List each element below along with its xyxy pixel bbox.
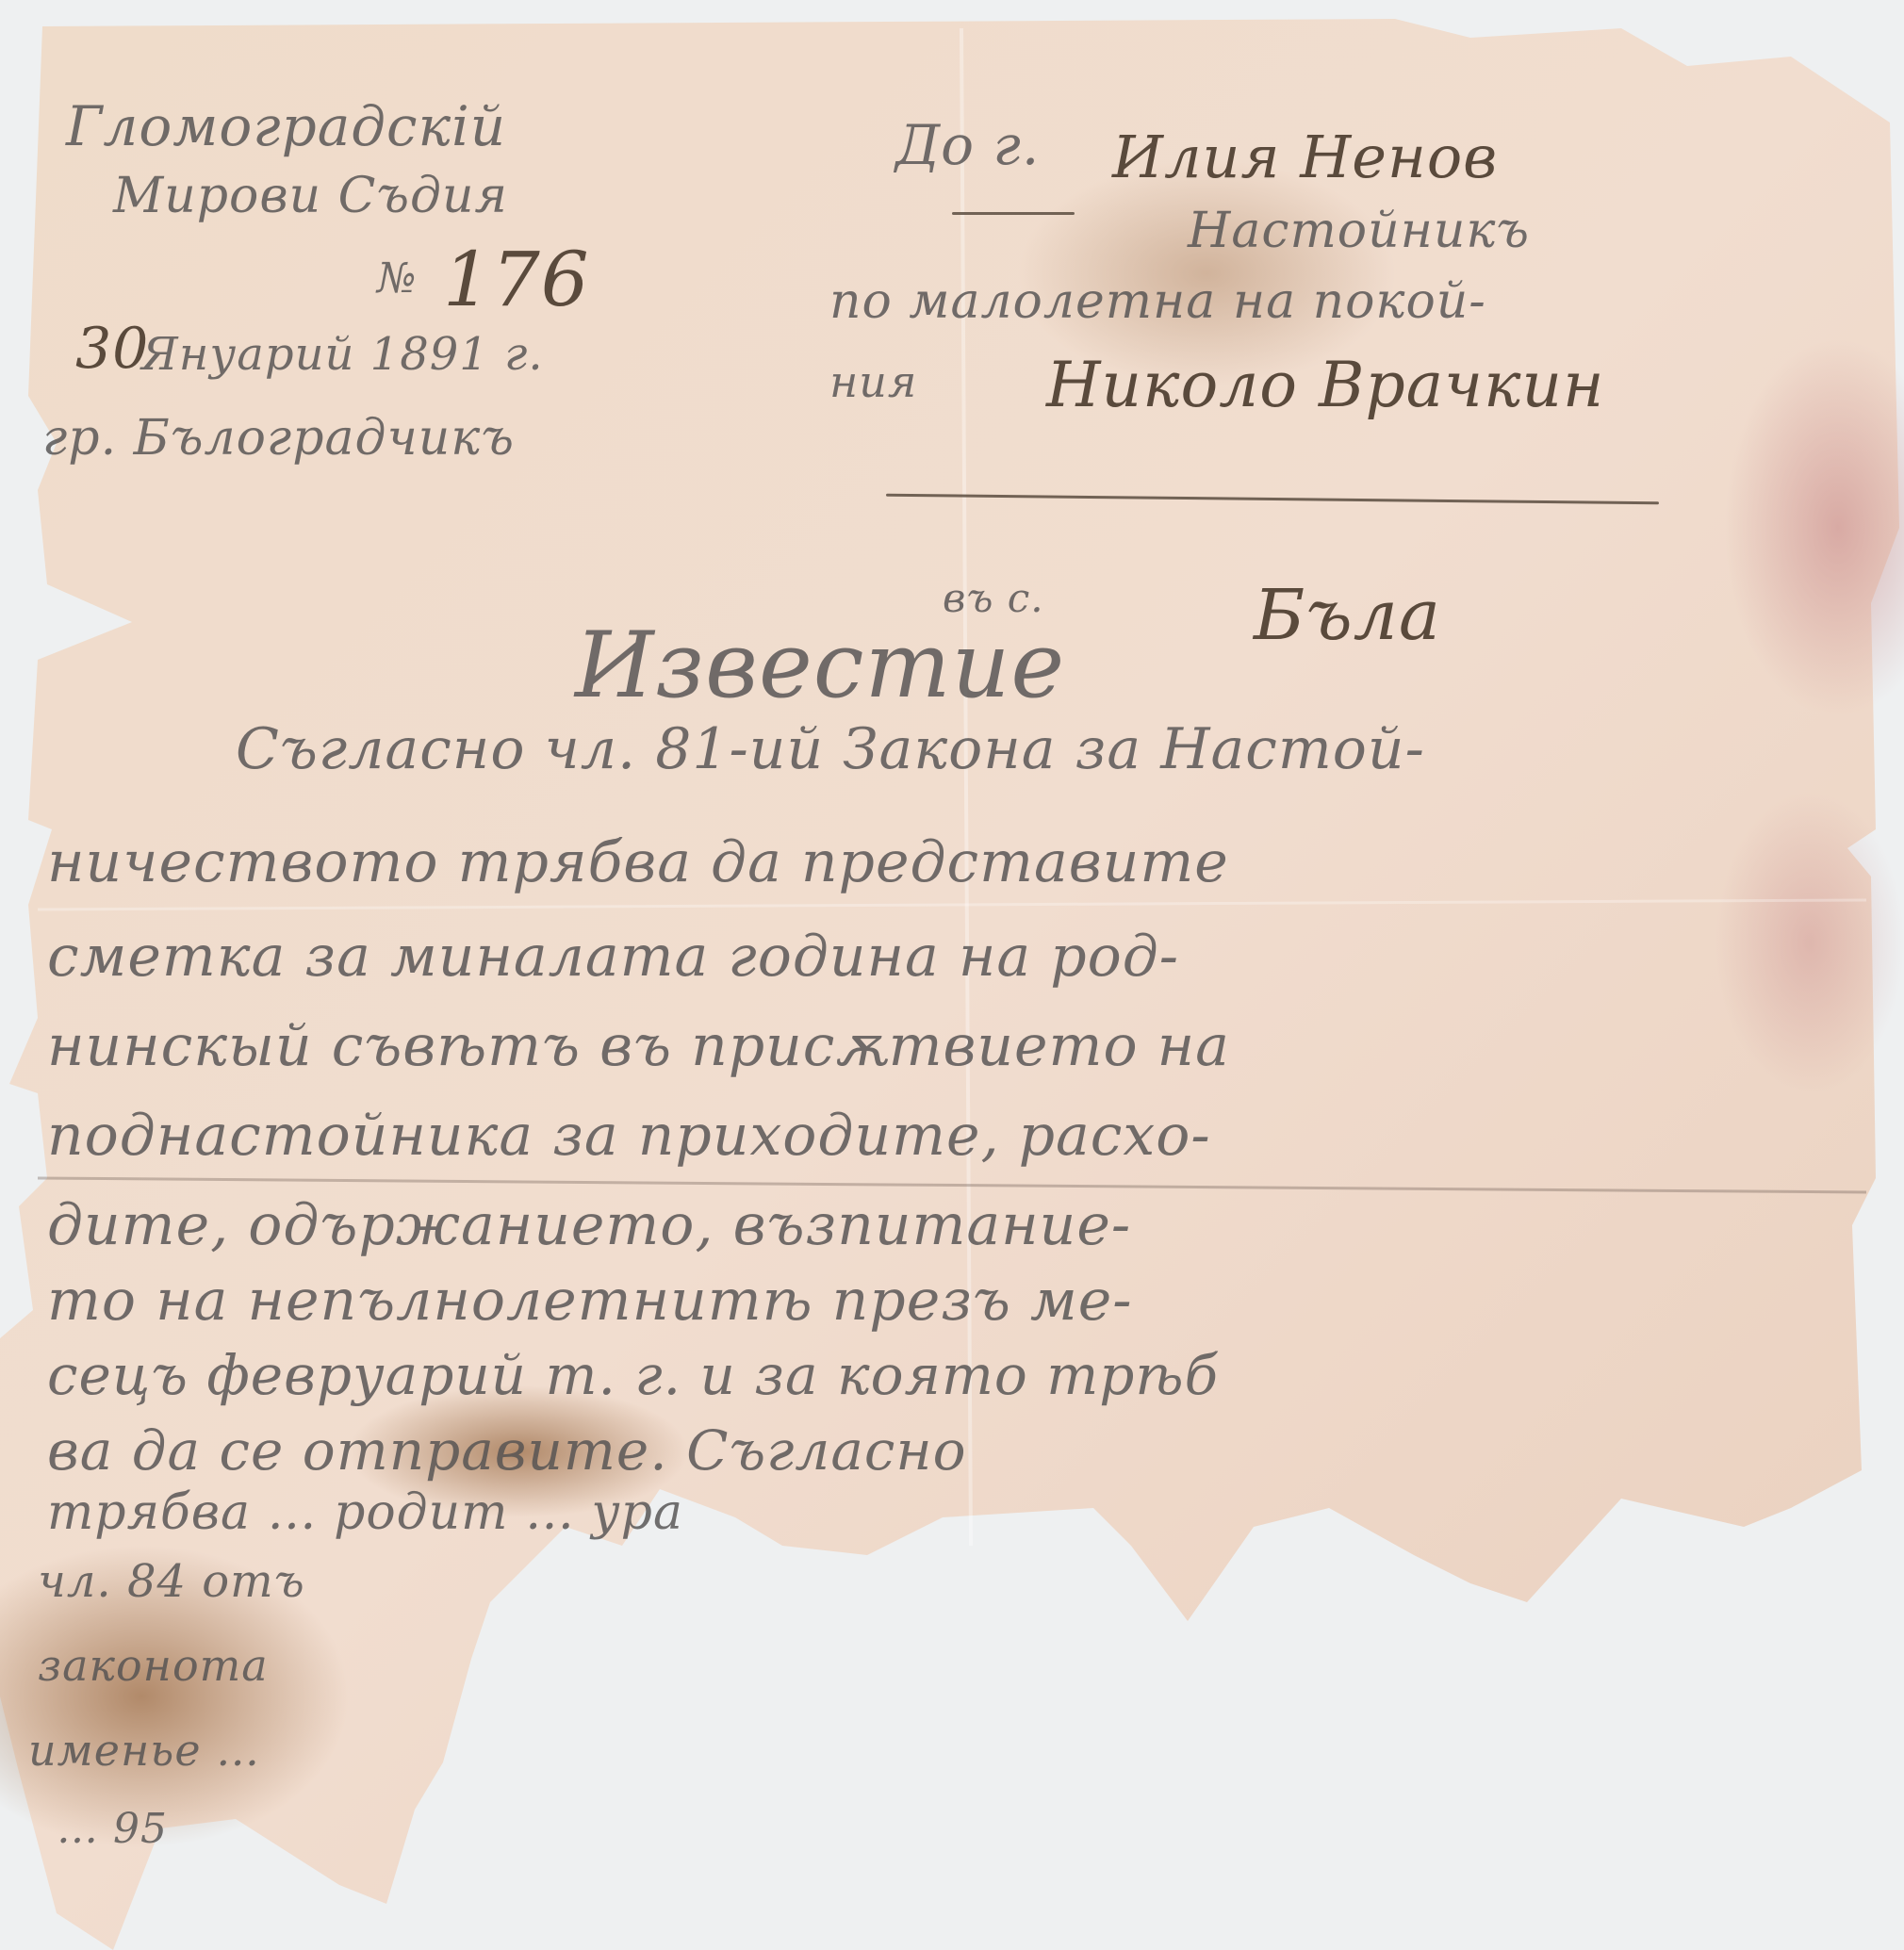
body-line: то на непълнолетнитѣ презъ ме- [47, 1268, 1133, 1334]
body-line: ничеството трябва да представите [47, 829, 1229, 895]
body-line: сецъ февруарий т. г. и за която трѣб [47, 1343, 1219, 1407]
village-name: Бъла [1254, 575, 1441, 656]
scanned-document: Гломоградскій Мирови Съдия № 176 30 Януа… [0, 0, 1904, 1950]
document-number: 176 [443, 236, 590, 323]
place-of-issue: гр. Бълоградчикъ [42, 410, 515, 467]
addressee-prefix: До г. [895, 113, 1040, 177]
body-line: чл. 84 отъ [38, 1555, 305, 1608]
body-line: Съгласно чл. 81-ий Закона за Настой- [236, 716, 1425, 782]
date-month-year: Януарий 1891 г. [141, 328, 544, 381]
body-line: … 95 [57, 1805, 168, 1853]
court-name-line2: Мирови Съдия [113, 168, 508, 224]
body-line: поднастойника за приходите, расхо- [47, 1103, 1211, 1169]
court-name-line1: Гломоградскій [66, 94, 506, 158]
deceased-prefix: ния [829, 356, 917, 407]
body-line: трябва … родит … ура [47, 1484, 683, 1541]
deceased-name: Николо Врачкин [1046, 349, 1605, 421]
body-line: именье … [28, 1725, 260, 1776]
dash-line [952, 212, 1075, 215]
addressee-name: Илия Ненов [1112, 123, 1498, 191]
body-line: нинскый съвѣтъ въ присѫтвието на [47, 1013, 1230, 1079]
document-heading: Известие [575, 613, 1065, 718]
body-line: законота [38, 1640, 269, 1691]
guardian-title: Настойникъ [1188, 203, 1530, 259]
body-line: сметка за миналата година на род- [47, 924, 1179, 990]
body-line: дите, одържанието, възпитание- [47, 1192, 1131, 1258]
body-line: ва да се отправите. Съгласно [47, 1418, 967, 1483]
number-label: № [377, 254, 418, 303]
guardian-of-line: по малолетна на покой- [829, 273, 1486, 330]
date-day: 30 [75, 316, 149, 382]
